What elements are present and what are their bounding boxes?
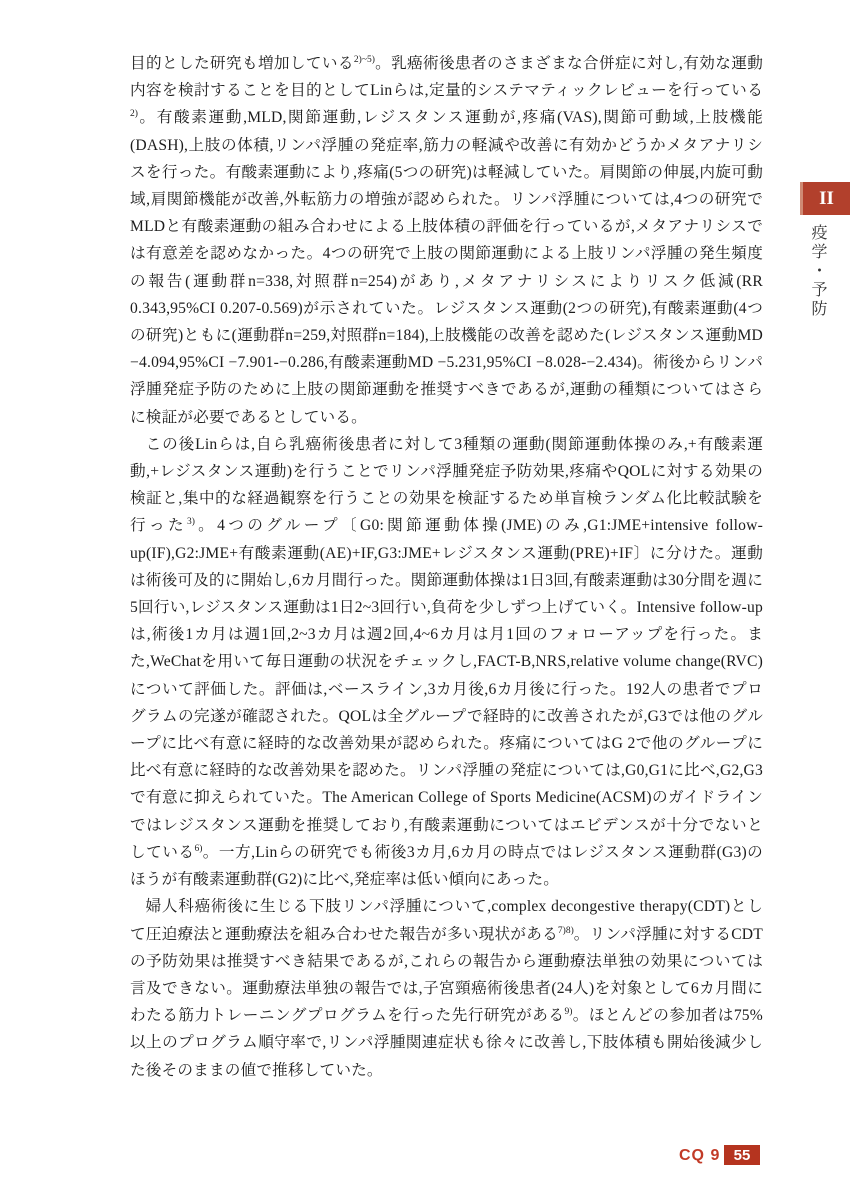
paragraph: 婦人科癌術後に生じる下肢リンパ浮腫について,complex decongesti… — [130, 893, 763, 1083]
reference-superscript: 2)~5) — [354, 55, 375, 65]
paragraph: 目的とした研究も増加している2)~5)。乳癌術後患者のさまざまな合併症に対し,有… — [130, 50, 763, 431]
page-number-badge: 55 — [724, 1145, 760, 1165]
chapter-thumb-tab: II — [800, 182, 850, 215]
reference-superscript: 7)8) — [558, 925, 574, 935]
chapter-number: II — [819, 188, 834, 210]
paragraph: この後Linらは,自ら乳癌術後患者に対して3種類の運動(関節運動体操のみ,+有酸… — [130, 431, 763, 893]
book-page: 目的とした研究も増加している2)~5)。乳癌術後患者のさまざまな合併症に対し,有… — [0, 0, 850, 1200]
reference-superscript: 9) — [564, 1007, 572, 1017]
reference-superscript: 2) — [130, 109, 138, 119]
reference-superscript: 3) — [187, 517, 195, 527]
cq-label: CQ 9 — [679, 1147, 720, 1165]
reference-superscript: 6) — [195, 844, 203, 854]
chapter-title-vertical: 疫学・予防 — [806, 224, 829, 319]
article-body: 目的とした研究も増加している2)~5)。乳癌術後患者のさまざまな合併症に対し,有… — [130, 50, 763, 1084]
